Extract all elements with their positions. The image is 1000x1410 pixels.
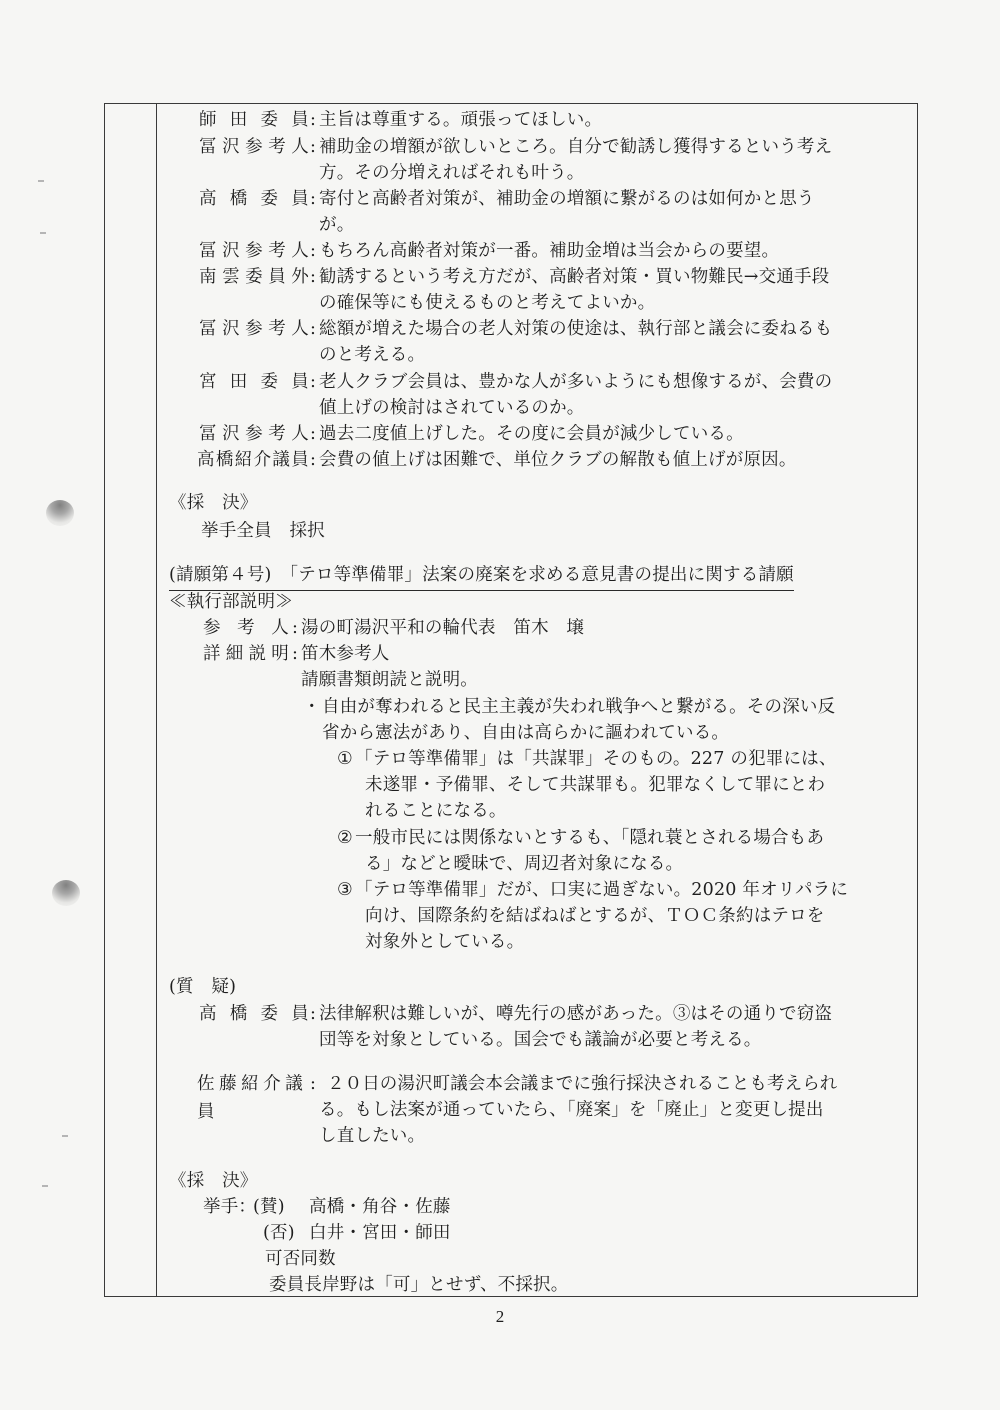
speech-line: 寄付と高齢者対策が、補助金の増額に繋がるのは如何かと思う (319, 185, 815, 213)
point-line: 向け、国際条約を結ばねばとするが、ＴＯＣ条約はテロを (365, 902, 825, 930)
speech-line: る。もし法案が通っていたら、「廃案」を「廃止」と変更し提出 (319, 1096, 824, 1124)
qa-heading: (質 疑) (169, 973, 236, 1001)
scan-speck (62, 1135, 68, 1137)
colon: : (307, 446, 319, 474)
speaker-label: 冨沢参考人 (199, 133, 309, 161)
speaker-label: 南雲委員外 (199, 263, 309, 291)
speech-line: 勧誘するという考え方だが、高齢者対策・買い物難民→交通手段 (319, 263, 829, 291)
point-line: 対象外としている。 (365, 928, 524, 956)
colon: : (307, 237, 319, 265)
scan-speck (38, 180, 44, 182)
point-marker: ① (337, 745, 353, 773)
point-marker: ② (337, 824, 353, 852)
reference-person-label: 参考人 (203, 614, 289, 642)
speaker-label: 高橋委員 (199, 185, 309, 213)
vote-against-marker: (否) (263, 1219, 295, 1247)
speaker-label: 高橋紹介議員 (197, 446, 309, 474)
detail-value: 笛木参考人 (301, 640, 390, 668)
speaker-label: 佐藤紹介議員 (197, 1070, 303, 1126)
speech-line: のと考える。 (319, 341, 425, 369)
point-marker: ③ (337, 876, 353, 904)
speaker-label: 師田委員 (199, 106, 309, 134)
point-line: 未遂罪・予備罪、そして共謀罪も。犯罪なくして罪にとわ (365, 771, 825, 799)
petition-title: (請願第４号) 「テロ等準備罪」法案の廃案を求める意見書の提出に関する請願 (169, 561, 794, 591)
explanation-heading: ≪執行部説明≫ (169, 588, 293, 616)
speech-line: し直したい。 (319, 1122, 425, 1150)
speaker-label: 冨沢参考人 (199, 315, 309, 343)
speech-line: が。 (319, 211, 354, 239)
speech-line: 老人クラブ会員は、豊かな人が多いようにも想像するが、会費の (319, 368, 832, 396)
vote-decision: 委員長岸野は「可」とせず、不採択。 (269, 1271, 569, 1299)
reference-person-value: 湯の町湯沢平和の輪代表 笛木 壌 (301, 614, 584, 642)
vote-result: 挙手全員 採択 (201, 517, 325, 545)
point-line: 一般市民には関係ないとするも、「隠れ蓑とされる場合もあ (355, 824, 824, 852)
speech-line: 過去二度値上げした。その度に会員が減少している。 (319, 420, 744, 448)
bullet-marker: ・ (303, 693, 321, 721)
speech-line: 主旨は尊重する。頑張ってほしい。 (319, 106, 602, 134)
colon: : (307, 1000, 319, 1028)
colon: : (289, 640, 301, 668)
speech-line: の確保等にも使えるものと考えてよいか。 (319, 289, 655, 317)
scan-speck (42, 1185, 48, 1187)
speech-line: 値上げの検討はされているのか。 (319, 394, 585, 422)
scan-speck (40, 232, 46, 234)
detail-label: 詳細説明 (203, 640, 289, 668)
punch-hole-bottom (52, 880, 80, 906)
colon: : (307, 368, 319, 396)
vote-tie: 可否同数 (265, 1245, 336, 1273)
speech-line: 方。その分増えればそれも叶う。 (319, 159, 585, 187)
speech-line: ２０日の湯沢町議会本会議までに強行採決されることも考えられ (327, 1070, 837, 1098)
point-line: 「テロ等準備罪」だが、口実に過ぎない。2020 年オリパラに (355, 876, 848, 904)
speech-line: もちろん高齢者対策が一番。補助金増は当会からの要望。 (319, 237, 779, 265)
speech-line: 会費の値上げは困難で、単位クラブの解散も値上げが原因。 (319, 446, 797, 474)
vote-against-names: 白井・宮田・師田 (309, 1219, 451, 1247)
bullet-line: 省から憲法があり、自由は高らかに謳われている。 (322, 719, 729, 747)
colon: : (307, 420, 319, 448)
speech-line: 団等を対象としている。国会でも議論が必要と考える。 (319, 1026, 762, 1054)
minutes-table: 師田委員 : 主旨は尊重する。頑張ってほしい。 冨沢参考人 : 補助金の増額が欲… (104, 103, 918, 1297)
reading-note: 請願書類朗読と説明。 (301, 666, 478, 694)
speaker-label: 高橋委員 (199, 1000, 309, 1028)
colon: : (307, 315, 319, 343)
speaker-label: 冨沢参考人 (199, 237, 309, 265)
colon: : (307, 185, 319, 213)
colon: : (307, 1070, 319, 1098)
point-line: 「テロ等準備罪」は「共謀罪」そのもの。227 の犯罪には、 (355, 745, 837, 773)
vote-heading: 《採 決》 (169, 489, 258, 517)
vote-for-marker: (賛) (253, 1193, 285, 1221)
punch-hole-top (46, 500, 74, 526)
speech-line: 補助金の増額が欲しいところ。自分で勧誘し獲得するという考え (319, 133, 832, 161)
colon: : (307, 263, 319, 291)
vote-heading: 《採 決》 (169, 1167, 258, 1195)
colon: : (307, 106, 319, 134)
speaker-label: 宮田委員 (199, 368, 309, 396)
colon: : (307, 133, 319, 161)
speaker-label: 冨沢参考人 (199, 420, 309, 448)
bullet-line: 自由が奪われると民主主義が失われ戦争へと繋がる。その深い反 (322, 693, 835, 721)
column-divider (156, 104, 157, 1296)
vote-for-names: 高橋・角谷・佐藤 (309, 1193, 451, 1221)
vote-label: 挙手： (203, 1193, 256, 1221)
page-number: 2 (0, 1307, 1000, 1327)
speech-line: 法律解釈は難しいが、噂先行の感があった。③はその通りで窃盗 (319, 1000, 832, 1028)
colon: : (289, 614, 301, 642)
point-line: れることになる。 (365, 797, 507, 825)
point-line: る」などと曖昧で、周辺者対象になる。 (365, 850, 683, 878)
speech-line: 総額が増えた場合の老人対策の使途は、執行部と議会に委ねるも (319, 315, 832, 343)
